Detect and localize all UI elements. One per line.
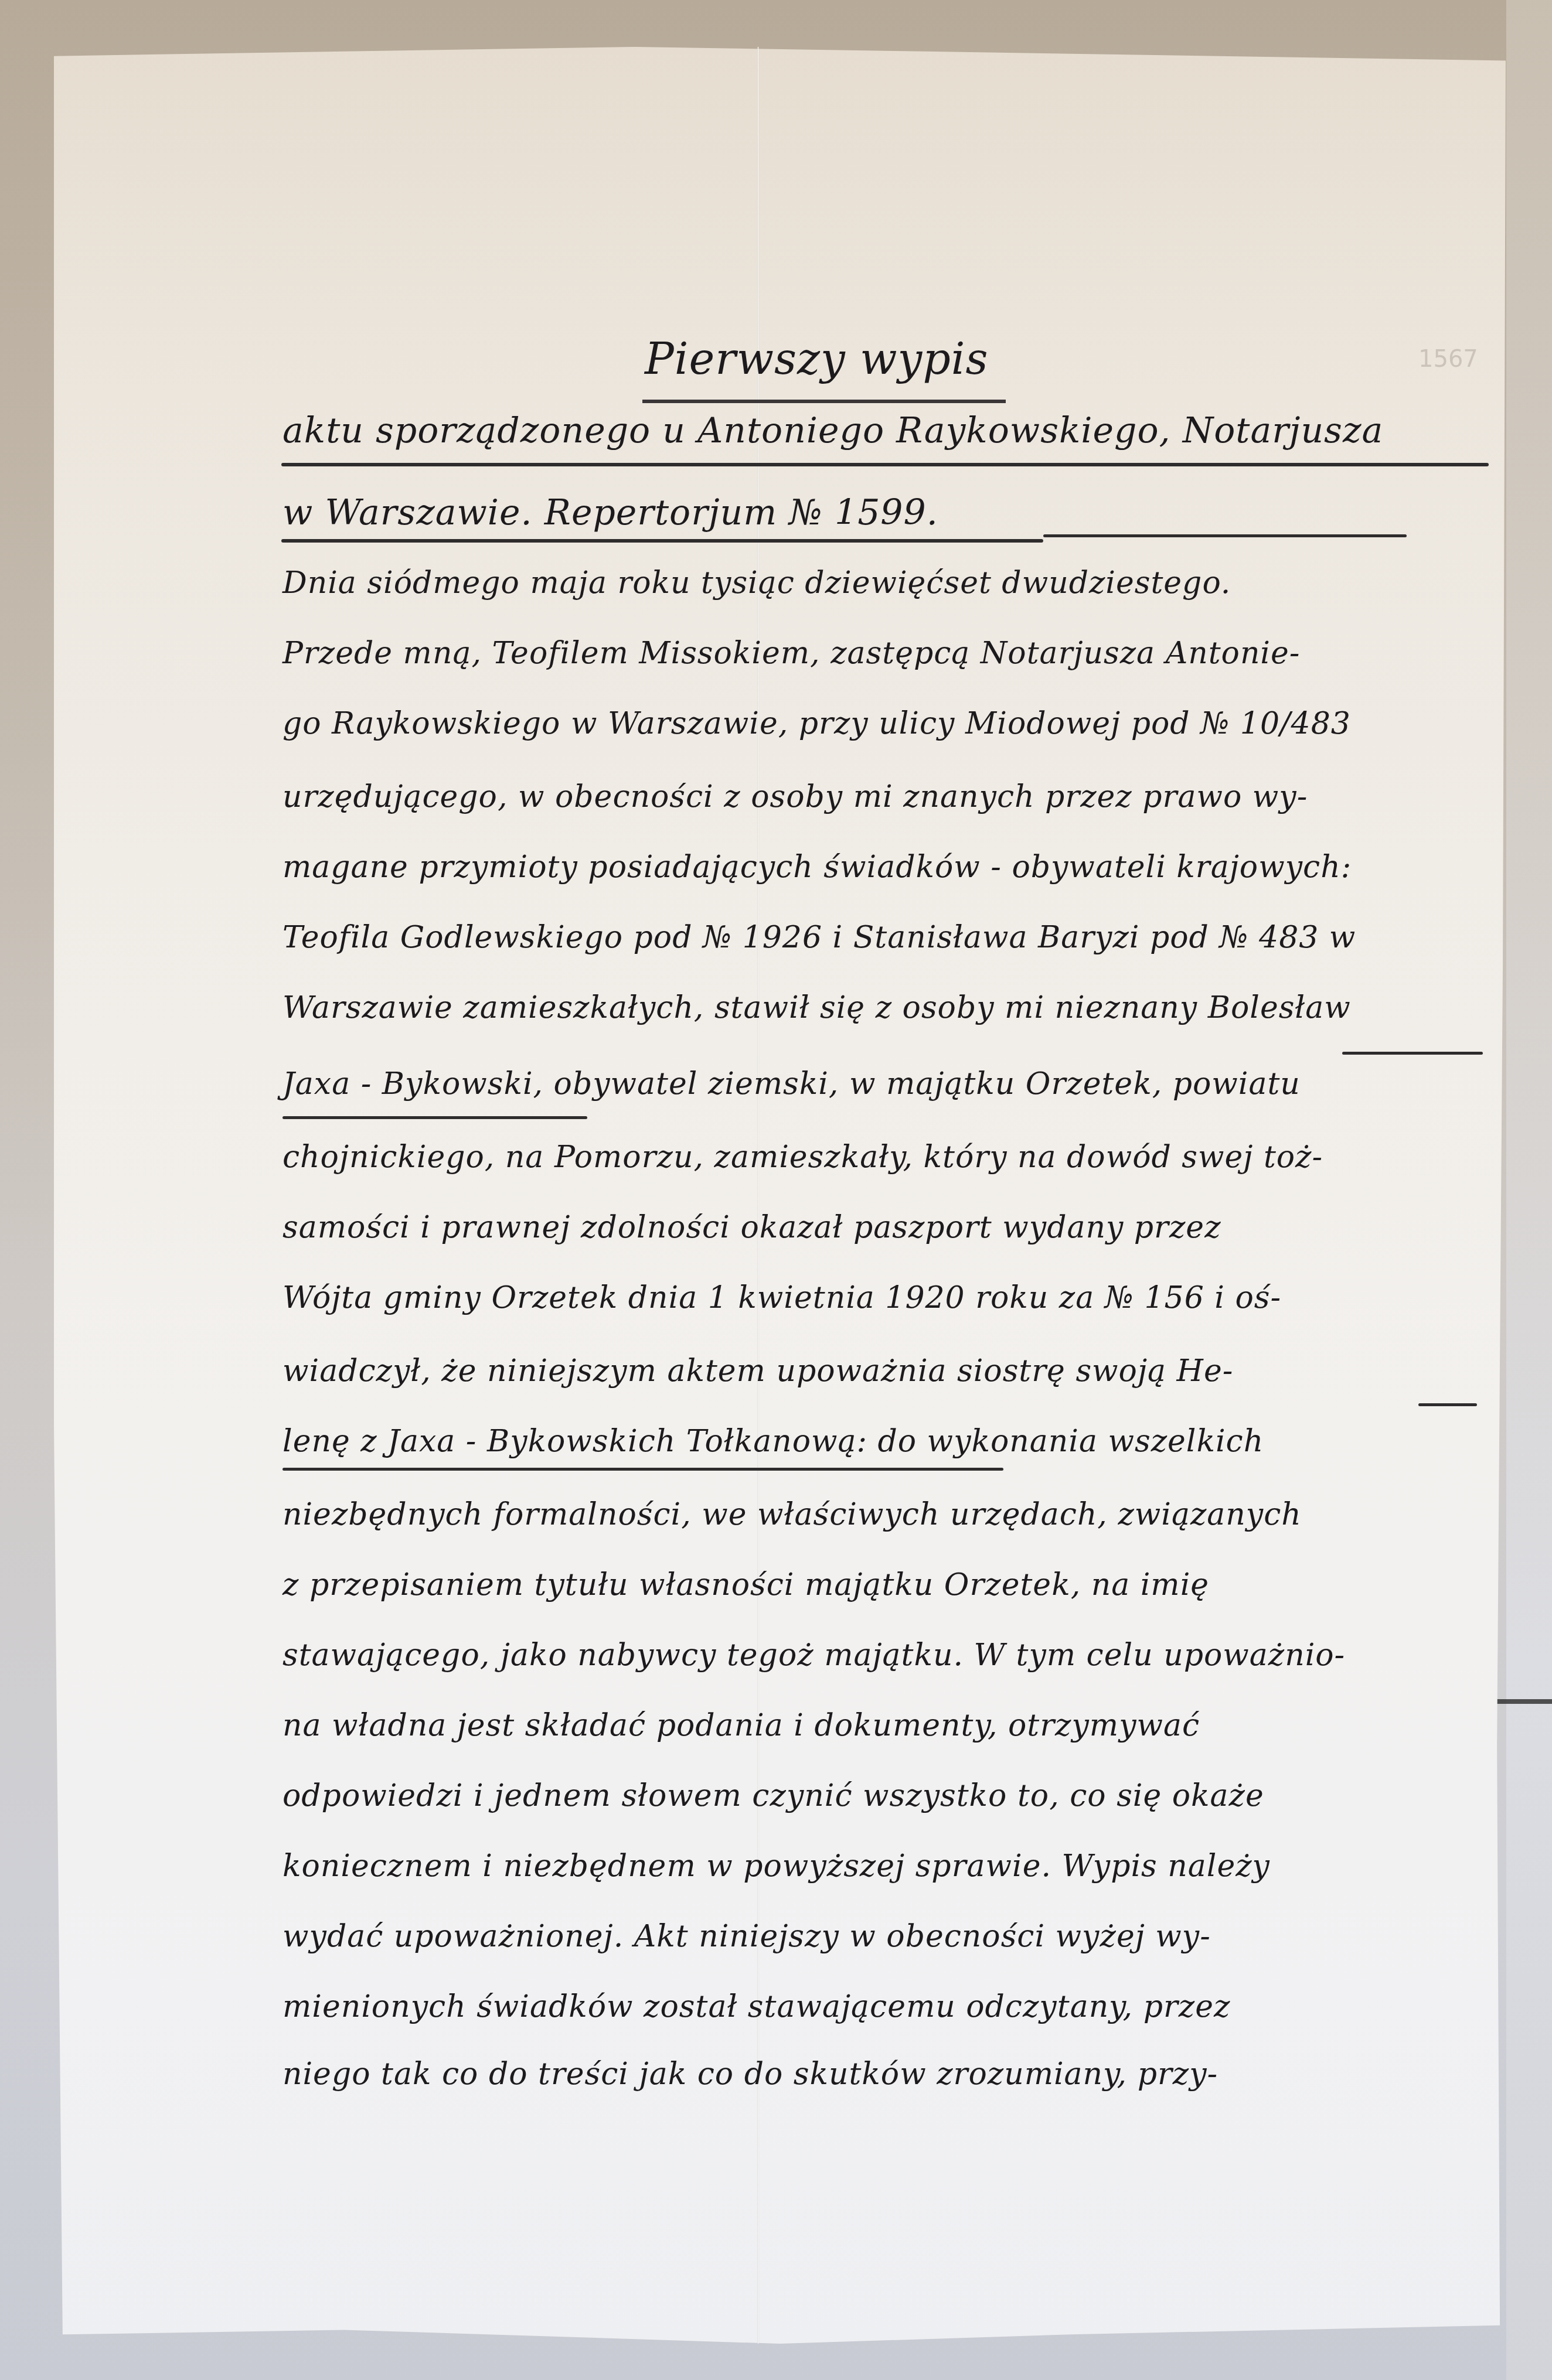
- body-line: chojnickiego, na Pomorzu, zamieszkały, k…: [283, 1140, 1323, 1175]
- document-title: Pierwszy wypis: [645, 334, 988, 384]
- body-line: stawającego, jako nabywcy tegoż majątku.…: [283, 1638, 1345, 1673]
- background-wall: [1506, 0, 1552, 2380]
- body-line: Wójta gminy Orzetek dnia 1 kwietnia 1920…: [283, 1280, 1281, 1315]
- underline-helena-tolkanowa: [283, 1468, 1003, 1471]
- body-line: niego tak co do treści jak co do skutków…: [283, 2057, 1218, 2092]
- body-line: wydać upoważnionej. Akt niniejszy w obec…: [283, 1919, 1211, 1954]
- body-line: z przepisaniem tytułu własności majątku …: [283, 1567, 1209, 1602]
- body-line: Teofila Godlewskiego pod № 1926 i Stanis…: [283, 920, 1356, 955]
- body-line: wiadczył, że niniejszym aktem upoważnia …: [283, 1353, 1233, 1389]
- heading-rule-2: [281, 539, 1043, 543]
- underline-boleslaw: [1342, 1052, 1483, 1055]
- title-underline: [642, 400, 1006, 403]
- body-line: Dnia siódmego maja roku tysiąc dziewięćs…: [283, 565, 1231, 601]
- underline-he: [1418, 1403, 1477, 1406]
- body-line: samości i prawnej zdolności okazał paszp…: [283, 1210, 1221, 1245]
- body-line: na władna jest składać podania i dokumen…: [283, 1708, 1200, 1743]
- body-line: urzędującego, w obecności z osoby mi zna…: [283, 779, 1308, 814]
- heading-line-2: w Warszawie. Repertorjum № 1599.: [283, 492, 938, 533]
- body-line: go Raykowskiego w Warszawie, przy ulicy …: [283, 706, 1351, 741]
- underline-jaxa-bykowski: [283, 1116, 587, 1119]
- heading-rule-1: [281, 463, 1489, 466]
- body-line: odpowiedzi i jednem słowem czynić wszyst…: [283, 1778, 1264, 1813]
- body-line: niezbędnych formalności, we właściwych u…: [283, 1497, 1302, 1532]
- body-line: magane przymioty posiadających świadków …: [283, 850, 1352, 885]
- body-line: Jaxa - Bykowski, obywatel ziemski, w maj…: [283, 1066, 1301, 1102]
- body-line: lenę z Jaxa - Bykowskich Tołkanową: do w…: [283, 1424, 1264, 1459]
- body-line: Przede mną, Teofilem Missokiem, zastępcą…: [283, 636, 1300, 671]
- margin-pencil-mark: 1567: [1418, 346, 1478, 373]
- body-line: mienionych świadków został stawającemu o…: [283, 1989, 1230, 2024]
- heading-rule-2-tail: [1043, 534, 1407, 537]
- body-line: Warszawie zamieszkałych, stawił się z os…: [283, 990, 1351, 1025]
- heading-line-1: aktu sporządzonego u Antoniego Raykowski…: [283, 410, 1383, 451]
- body-line: koniecznem i niezbędnem w powyższej spra…: [283, 1849, 1270, 1884]
